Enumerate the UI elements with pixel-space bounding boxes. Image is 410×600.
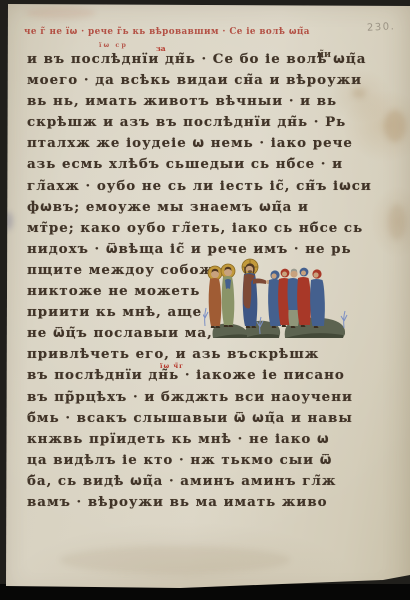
body-4 xyxy=(297,277,311,325)
text-line: б̃а, сь видѣ ѡц̃а · аминъ аминъ гл̃ж xyxy=(27,471,361,492)
photo-background: 230. че г̃ не їѡ · рече г̃ь кь вѣровавши… xyxy=(0,0,410,600)
text-line: мт̃ре; како оубо гл̃еть, іако сь нб̃се с… xyxy=(27,218,361,239)
face-1 xyxy=(271,273,276,278)
skirt-3 xyxy=(288,310,299,326)
body-5 xyxy=(310,279,325,326)
stain-right-margin-3 xyxy=(388,204,406,240)
text-line: моего · да всѣкь видаи сн̃а и вѣроужи xyxy=(27,70,361,91)
text-line: вамъ · вѣроужи вь ма имать живо xyxy=(27,492,361,513)
stain-left-edge xyxy=(3,212,13,230)
stain-right-margin-1 xyxy=(384,110,406,142)
sleeve xyxy=(225,279,231,289)
text-line: и въ послѣднїи дн̃ь · Се бо іе волѣ ѡц̃а xyxy=(27,49,361,70)
text-line: кнжвь прїидеть кь мнѣ · не іако ѡ xyxy=(27,429,361,450)
text-line: скрѣшж и азъ въ послѣднїи дн̃ь · Рь xyxy=(27,112,361,133)
text-line: гл̃ахж · оубо не сь ли іесть іс̃, сн̃ъ і… xyxy=(27,176,361,197)
apostle-figure-1 xyxy=(208,266,222,328)
text-line: ца видѣлъ іе кто · нж тькмо сыи ѿ xyxy=(27,450,361,471)
text-line: вь нь, имать животъ вѣчныи · и вь xyxy=(27,91,361,112)
robe xyxy=(209,278,222,326)
text-line: б̃мь · всакъ слышавыи ѿ ѡц̃а и навы xyxy=(27,408,361,429)
judean-group xyxy=(268,268,325,328)
christ-figure xyxy=(242,259,270,328)
text-line: въ пр̃рцѣхъ · и бжджть вси наоучени xyxy=(27,387,361,408)
apostle-figure-2 xyxy=(221,264,235,327)
text-line: въ послѣднїи дн̃ь · іакоже іе писано xyxy=(27,365,361,386)
arm xyxy=(253,279,266,285)
manuscript-page: 230. че г̃ не їѡ · рече г̃ь кь вѣровавши… xyxy=(0,0,410,600)
miniature-christ-and-judeans xyxy=(203,252,351,338)
text-line: пталхж же іоудеіе ѡ немь · іако рече xyxy=(27,133,361,154)
face-2 xyxy=(282,272,287,277)
face-5 xyxy=(313,272,318,277)
ink-offset-stain xyxy=(26,7,96,19)
beard xyxy=(248,270,252,273)
face-4 xyxy=(301,271,306,276)
text-line: азь есмь хлѣбъ сьшедыи сь нб̃се · и xyxy=(27,154,361,175)
rubric-gloss-marks: їѡ ср xyxy=(99,41,128,49)
rubric-heading: че г̃ не їѡ · рече г̃ь кь вѣровавшим · С… xyxy=(24,27,310,37)
text-line: фѡвъ; емоуже мы знаемъ ѡц̃а и xyxy=(27,197,361,218)
folio-number: 230. xyxy=(367,21,396,33)
text-line: привлѣчеть его, и азь въскрѣшж xyxy=(27,344,361,365)
stain-bottom-margin xyxy=(60,546,290,574)
